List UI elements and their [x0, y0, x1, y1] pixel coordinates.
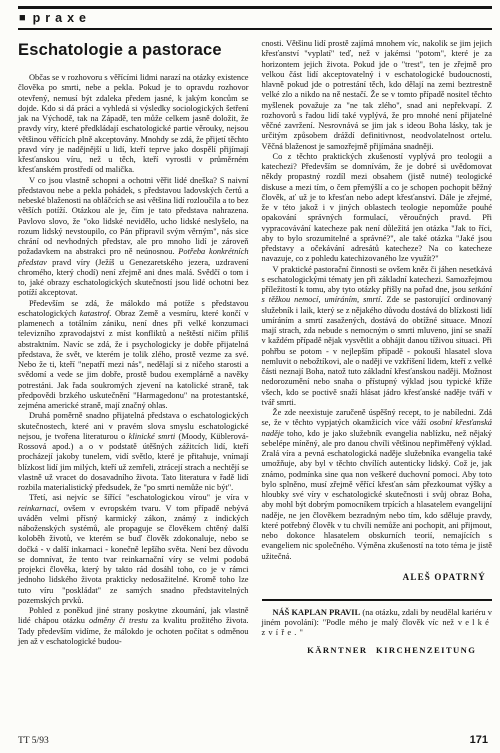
paragraph: Především se zdá, že málokdo má potíže s…	[18, 299, 249, 412]
footer-issue: TT 5/93	[18, 736, 49, 746]
paragraph: Občas se v rozhovoru s věřícími lidmi na…	[18, 73, 249, 176]
section-header-row: ■ praxe	[18, 11, 492, 25]
paragraph: cnosti. Většinu lidí prostě zajímá mnohe…	[262, 39, 493, 152]
page-footer: TT 5/93 171	[18, 734, 488, 746]
left-column: Eschatologie a pastorace Občas se v rozh…	[18, 39, 249, 655]
note-source: KÄRNTNER KIRCHENZEITUNG	[262, 645, 493, 655]
paragraph: Že zde neexistuje zaručeně úspěšný recep…	[262, 408, 493, 562]
paragraph: V praktické pastorační činnosti se ovšem…	[262, 265, 493, 409]
paragraph: Druhá poměrně snadno přijatelná představ…	[18, 411, 249, 493]
article-columns: Eschatologie a pastorace Občas se v rozh…	[18, 39, 492, 655]
article-title: Eschatologie a pastorace	[18, 41, 249, 60]
note-text: NÁŠ KAPLAN PRAVIL (na otázku, zdali by n…	[262, 608, 493, 639]
section-bullet-icon: ■	[19, 13, 26, 24]
paragraph: Třetí, asi nejvíc se šířící "eschatologi…	[18, 493, 249, 606]
author-signature: ALEŠ OPATRNÝ	[262, 572, 493, 582]
paragraph: Co z těchto praktických zkušeností vyplý…	[262, 152, 493, 265]
section-header: ■ praxe	[18, 6, 492, 30]
paragraph: Pohled z poněkud jiné strany poskytne zk…	[18, 606, 249, 647]
note-divider	[262, 599, 493, 601]
paragraph: V co jsou vlastně schopni a ochotni věři…	[18, 176, 249, 299]
magazine-page: ■ praxe Eschatologie a pastorace Občas s…	[0, 0, 500, 753]
right-column: cnosti. Většinu lidí prostě zajímá mnohe…	[262, 39, 493, 655]
footer-page-number: 171	[470, 734, 488, 746]
section-label: praxe	[33, 11, 91, 25]
